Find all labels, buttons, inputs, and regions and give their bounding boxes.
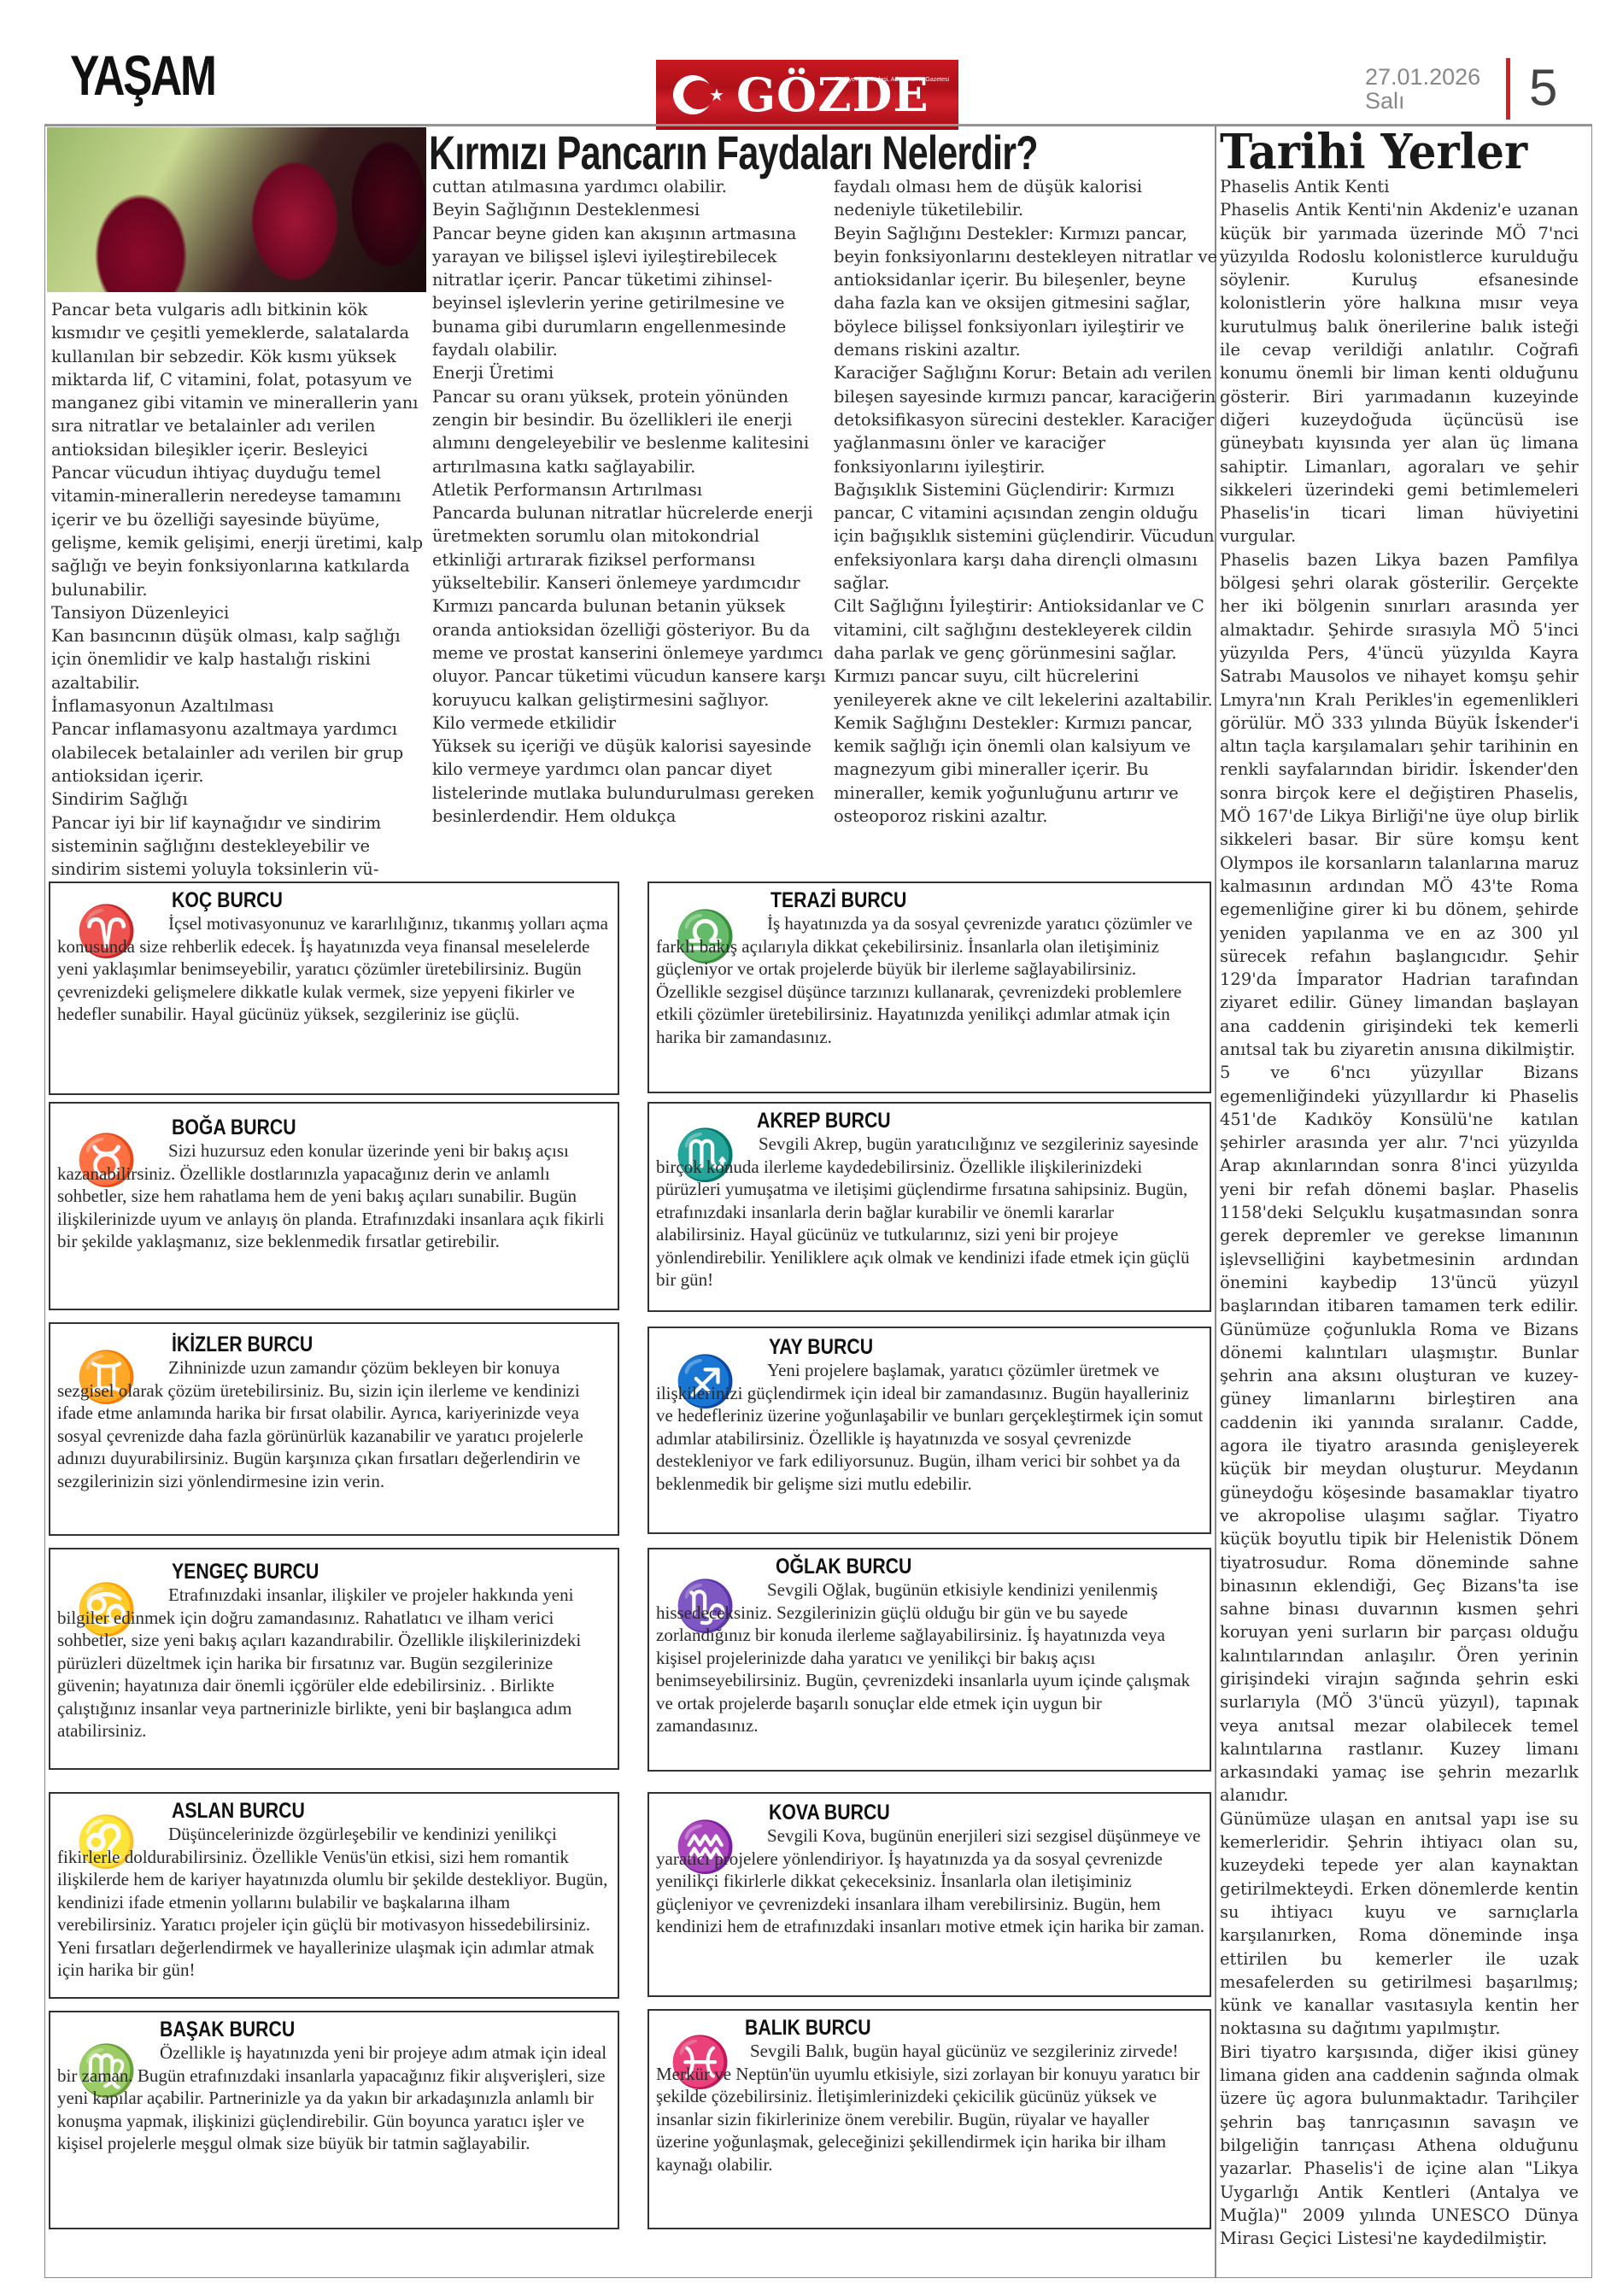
accent-bar bbox=[1506, 58, 1510, 120]
horoscope-text: Sevgili Kova, bugünün enerjileri sizi se… bbox=[656, 1824, 1206, 1938]
issue-date: 27.01.2026 bbox=[1365, 65, 1480, 89]
horoscope-text: Sevgili Akrep, bugün yaratıcılığınız ve … bbox=[656, 1133, 1206, 1291]
crescent-icon bbox=[673, 75, 712, 114]
page-number: 5 bbox=[1529, 60, 1557, 116]
horoscope-card-cancer: ♋ YENGEÇ BURCU Etrafınızdaki insanlar, i… bbox=[49, 1548, 619, 1770]
horoscope-title: ASLAN BURCU bbox=[172, 1799, 305, 1824]
horoscope-card-aquarius: ♒ KOVA BURCU Sevgili Kova, bugünün enerj… bbox=[647, 1792, 1211, 1997]
logo-tagline: Türkiye'nin Gözdesi, Adıyaman'ın Gazetes… bbox=[835, 77, 949, 83]
horoscope-title: YENGEÇ BURCU bbox=[172, 1560, 319, 1584]
article-column-2: cuttan atılmasına yardımcı olabilir. Bey… bbox=[432, 175, 834, 828]
horoscope-card-virgo: ♍ BAŞAK BURCU Özellikle iş hayatınızda y… bbox=[49, 2011, 619, 2229]
article-column-3: faydalı olması hem de düşük kalorisi ned… bbox=[834, 175, 1218, 828]
horoscope-card-sagittarius: ♐ YAY BURCU Yeni projelere başlamak, yar… bbox=[647, 1327, 1211, 1534]
horoscope-text: Zihninizde uzun zamandır çözüm bekleyen … bbox=[57, 1356, 612, 1492]
article-headline: Kırmızı Pancarın Faydaları Nelerdir? bbox=[429, 126, 1038, 179]
horoscope-card-taurus: ♉ BOĞA BURCU Sizi huzursuz eden konular … bbox=[49, 1102, 619, 1310]
history-article: Phaselis Antik Kenti Phaselis Antik Kent… bbox=[1220, 175, 1579, 2250]
horoscope-title: KOVA BURCU bbox=[769, 1801, 890, 1825]
horoscope-text: Sevgili Balık, bugün hayal gücünüz ve se… bbox=[656, 2040, 1206, 2176]
horoscope-card-aries: ♈ KOÇ BURCU İçsel motivasyonunuz ve kara… bbox=[49, 881, 619, 1095]
issue-weekday: Salı bbox=[1365, 89, 1480, 113]
horoscope-text: Düşüncelerinizde özgürleşebilir ve kendi… bbox=[57, 1823, 612, 1982]
horoscope-text: Etrafınızdaki insanlar, ilişkiler ve pro… bbox=[57, 1584, 612, 1742]
star-icon: ★ bbox=[709, 85, 724, 105]
horoscope-card-leo: ♌ ASLAN BURCU Düşüncelerinizde özgürleşe… bbox=[49, 1792, 619, 1999]
horoscope-text: Sevgili Oğlak, bugünün etkisiyle kendini… bbox=[656, 1578, 1206, 1737]
newspaper-logo[interactable]: ★ GÖZDE Türkiye'nin Gözdesi, Adıyaman'ın… bbox=[656, 60, 958, 130]
horoscope-title: TERAZİ BURCU bbox=[770, 888, 906, 913]
horoscope-title: AKREP BURCU bbox=[757, 1109, 891, 1133]
horoscope-title: BAŞAK BURCU bbox=[160, 2018, 295, 2042]
article-column-1: Pancar beta vulgaris adlı bitkinin kök k… bbox=[51, 298, 427, 881]
horoscope-text: Yeni projelere başlamak, yaratıcı çözüml… bbox=[656, 1359, 1206, 1495]
horoscope-text: Sizi huzursuz eden konular üzerinde yeni… bbox=[57, 1139, 612, 1253]
horoscope-text: Özellikle iş hayatınızda yeni bir projey… bbox=[57, 2041, 612, 2155]
history-headline: Tarihi Yerler bbox=[1220, 126, 1527, 179]
horoscope-card-capricorn: ♑ OĞLAK BURCU Sevgili Oğlak, bugünün etk… bbox=[647, 1548, 1211, 1772]
beetroot-photo bbox=[47, 127, 426, 292]
date-block: 27.01.2026 Salı bbox=[1365, 65, 1480, 114]
horoscope-card-pisces: ♓ BALIK BURCU Sevgili Balık, bugün hayal… bbox=[647, 2009, 1211, 2229]
horoscope-title: YAY BURCU bbox=[769, 1335, 873, 1360]
horoscope-title: KOÇ BURCU bbox=[172, 888, 283, 913]
horoscope-title: BOĞA BURCU bbox=[172, 1116, 296, 1140]
horoscope-title: İKİZLER BURCU bbox=[172, 1332, 313, 1357]
horoscope-card-libra: ♎ TERAZİ BURCU İş hayatınızda ya da sosy… bbox=[647, 881, 1211, 1093]
horoscope-text: İçsel motivasyonunuz ve kararlılığınız, … bbox=[57, 912, 612, 1026]
horoscope-card-gemini: ♊ İKİZLER BURCU Zihninizde uzun zamandır… bbox=[49, 1322, 619, 1536]
horoscope-card-scorpio: ♏ AKREP BURCU Sevgili Akrep, bugün yarat… bbox=[647, 1102, 1211, 1312]
horoscope-text: İş hayatınızda ya da sosyal çevrenizde y… bbox=[656, 912, 1206, 1048]
horoscope-title: OĞLAK BURCU bbox=[776, 1555, 911, 1579]
section-title: YAŞAM bbox=[70, 47, 214, 103]
horoscope-title: BALIK BURCU bbox=[745, 2016, 871, 2041]
